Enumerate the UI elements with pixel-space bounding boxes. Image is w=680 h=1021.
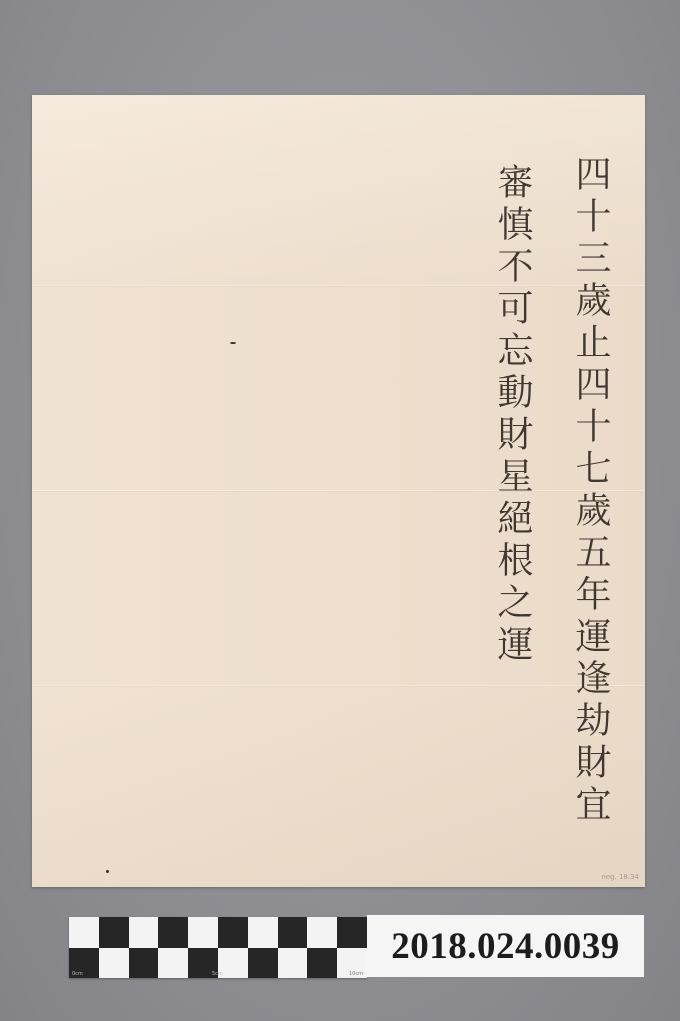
fold-line [32,285,645,287]
scale-label-0: 0cm [72,971,83,977]
text-column-right: 四十三歲止四十七歲五年運逢劫財宜 [572,155,608,827]
ink-speck [230,342,236,344]
text-column-left: 審慎不可忘動財星絕根之運 [494,163,530,667]
scale-label-5: 5cm [212,971,223,977]
corner-note: neg. 18.34 [601,873,639,881]
scale-label-10: 10cm [349,971,363,977]
ink-speck [106,870,109,873]
fold-line [32,685,645,687]
manuscript-paper: 四十三歲止四十七歲五年運逢劫財宜 審慎不可忘動財星絕根之運 neg. 18.34 [32,95,645,887]
scale-bar: 0cm 5cm 10cm [69,917,367,978]
accession-number-label: 2018.024.0039 [367,915,644,977]
fold-line [32,490,645,492]
